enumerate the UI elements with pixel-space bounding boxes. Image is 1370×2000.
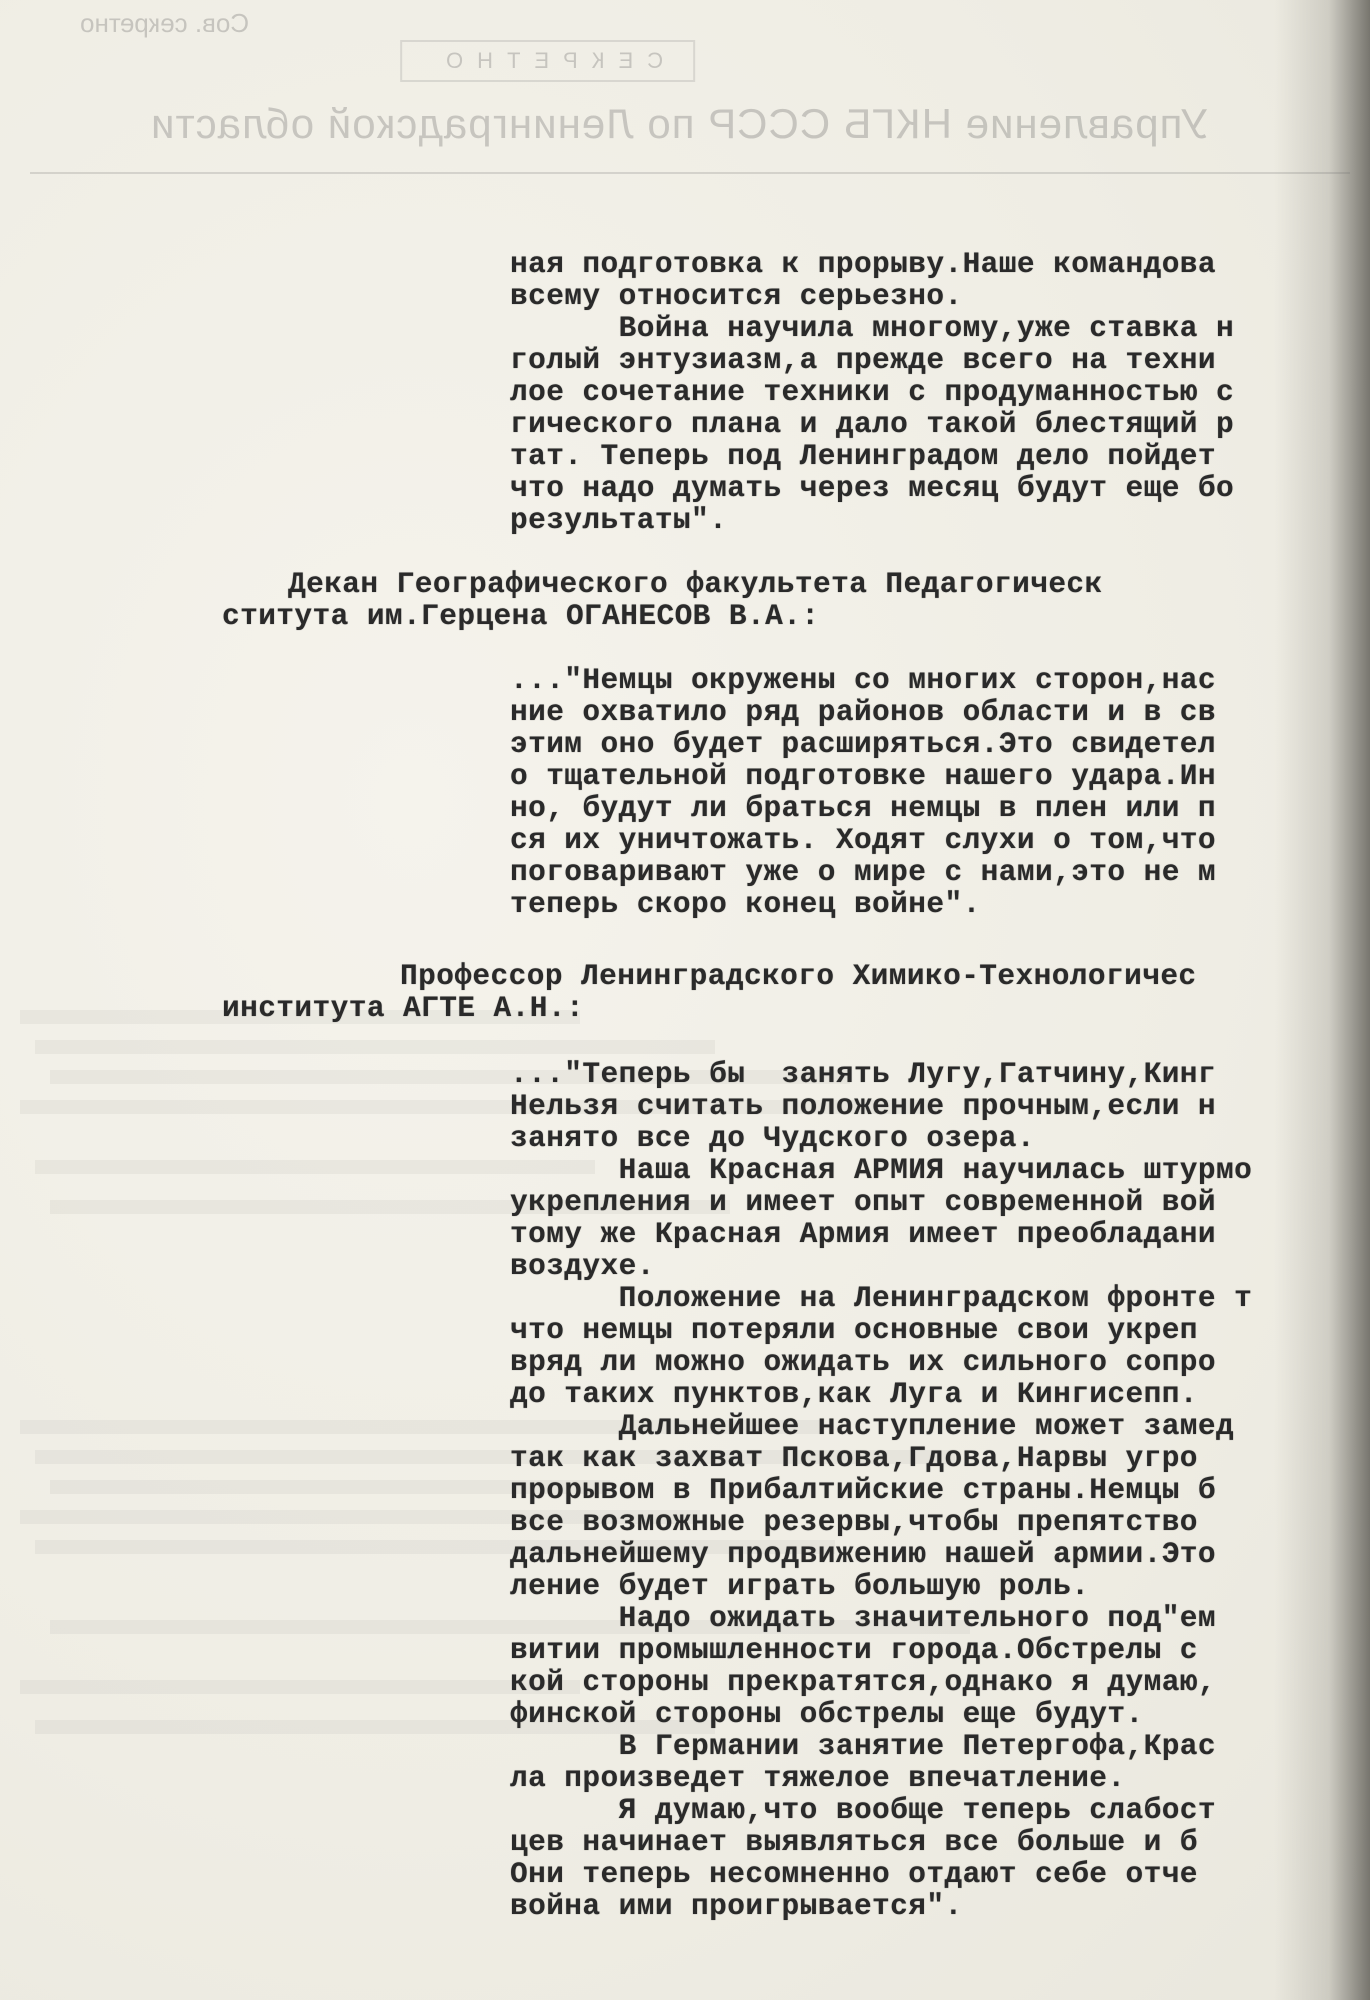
typed-text-line: до таких пунктов,как Луга и Кингисепп. (510, 1378, 1198, 1410)
typed-text-line: В Германии занятие Петергофа,Крас (510, 1730, 1216, 1762)
typed-text-line: результаты". (510, 504, 727, 536)
typed-text-line: кой стороны прекратятся,однако я думаю, (510, 1666, 1216, 1698)
typed-text-line: Я думаю,что вообще теперь слабост (510, 1794, 1216, 1826)
typed-text-line: этим оно будет расширяться.Это свидетел (510, 728, 1216, 760)
typed-text-line: ..."Немцы окружены со многих сторон,нас (510, 664, 1216, 696)
typed-text-line: Они теперь несомненно отдают себе отче (510, 1858, 1198, 1890)
typed-text-line: занято все до Чудского озера. (510, 1122, 1035, 1154)
typed-text-line: Положение на Ленинградском фронте т (510, 1282, 1252, 1314)
typed-text-line: тат. Теперь под Ленинградом дело пойдет (510, 440, 1216, 472)
typed-text-line: ние охватило ряд районов области и в св (510, 696, 1216, 728)
typed-text-line: ла произведет тяжелое впечатление. (510, 1762, 1126, 1794)
typed-text-line: витии промышленности города.Обстрелы с (510, 1634, 1198, 1666)
typed-page: ная подготовка к прорыву.Наше командовав… (0, 0, 1370, 2000)
typed-text-line: поговаривают уже о мире с нами,это не м (510, 856, 1216, 888)
typed-text-line: вряд ли можно ожидать их сильного сопро (510, 1346, 1216, 1378)
typed-text-line: ление будет играть большую роль. (510, 1570, 1089, 1602)
typed-text-line: голый энтузиазм,а прежде всего на техни (510, 344, 1216, 376)
typed-text-line: Нельзя считать положение прочным,если н (510, 1090, 1216, 1122)
typed-text-line: воздухе. (510, 1250, 655, 1282)
typed-text-line: дальнейшему продвижению нашей армии.Это (510, 1538, 1216, 1570)
typed-text-line: прорывом в Прибалтийские страны.Немцы б (510, 1474, 1216, 1506)
typed-text-line: Профессор Ленинградского Химико-Технолог… (400, 960, 1197, 992)
typed-text-line: Война научила многому,уже ставка н (510, 312, 1234, 344)
typed-text-line: всему относится серьезно. (510, 280, 963, 312)
typed-text-line: Дальнейшее наступление может замед (510, 1410, 1234, 1442)
typed-text-line: что немцы потеряли основные свои укреп (510, 1314, 1198, 1346)
typed-text-line: все возможные резервы,чтобы препятство (510, 1506, 1198, 1538)
typed-text-line: так как захват Пскова,Гдова,Нарвы угро (510, 1442, 1198, 1474)
typed-text-line: укрепления и имеет опыт современной вой (510, 1186, 1216, 1218)
typed-text-line: но, будут ли браться немцы в плен или п (510, 792, 1216, 824)
typed-text-line: ся их уничтожать. Ходят слухи о том,что (510, 824, 1216, 856)
typed-text-line: тому же Красная Армия имеет преобладани (510, 1218, 1216, 1250)
typed-text-line: ститута им.Герцена ОГАНЕСОВ В.А.: (222, 600, 819, 632)
typed-text-line: ..."Теперь бы занять Лугу,Гатчину,Кинг (510, 1058, 1216, 1090)
typed-text-line: финской стороны обстрелы еще будут. (510, 1698, 1144, 1730)
typed-text-line: Надо ожидать значительного под"ем (510, 1602, 1216, 1634)
typed-text-line: ная подготовка к прорыву.Наше командова (510, 248, 1216, 280)
typed-text-line: цев начинает выявляться все больше и б (510, 1826, 1198, 1858)
typed-text-line: института АГТЕ А.Н.: (222, 992, 584, 1024)
typed-text-line: Декан Географического факультета Педагог… (288, 568, 1103, 600)
typed-text-line: война ими проигрывается". (510, 1890, 963, 1922)
typed-text-line: теперь скоро конец войне". (510, 888, 981, 920)
document-body: ная подготовка к прорыву.Наше командовав… (0, 0, 1370, 2000)
typed-text-line: гического плана и дало такой блестящий р (510, 408, 1234, 440)
typed-text-line: лое сочетание техники с продуманностью с (510, 376, 1234, 408)
typed-text-line: что надо думать через месяц будут еще бо (510, 472, 1234, 504)
typed-text-line: Наша Красная АРМИЯ научилась штурмо (510, 1154, 1252, 1186)
typed-text-line: о тщательной подготовке нашего удара.Ин (510, 760, 1216, 792)
